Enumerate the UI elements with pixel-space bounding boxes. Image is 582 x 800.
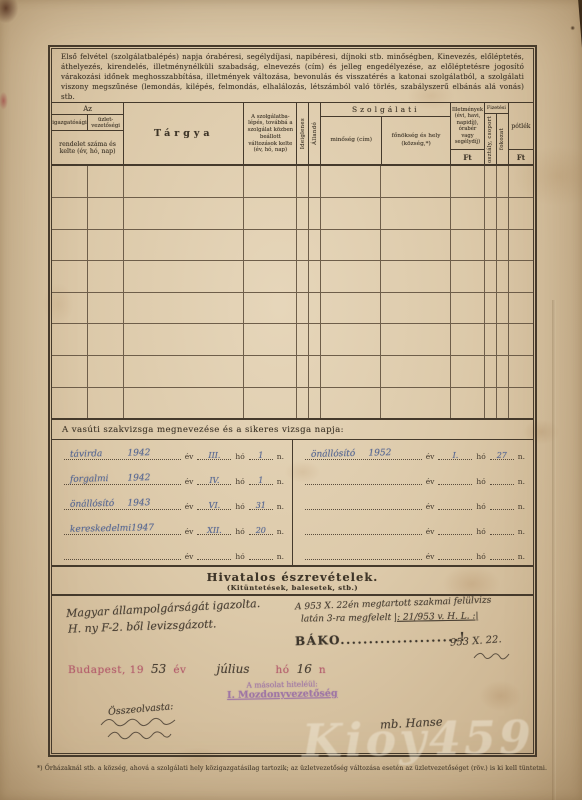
unit-ev: év [426, 502, 435, 511]
register-cell [244, 388, 297, 419]
unit-ho: hó [235, 452, 244, 461]
exam-month-line [438, 473, 472, 485]
register-cell [88, 324, 124, 355]
column-header-allando: Állandó [309, 103, 321, 164]
exam-name-line: önállósító1952 [305, 448, 422, 460]
register-cell [309, 230, 321, 261]
exam-month-handwriting: I. [438, 451, 472, 460]
date-stamp-ho: hó [276, 664, 290, 676]
exam-day-line: 27 [490, 448, 514, 460]
certification-stamp: A másolat hiteléül: I. Mozdonyvezetőség [227, 679, 338, 701]
column-header-fizetesi: Fizetési [485, 103, 508, 114]
review-2-reference: |: 21/953 v. H. L. :| [394, 612, 479, 623]
register-cell [497, 388, 509, 419]
exam-name-line: forgalmi1942 [64, 473, 181, 485]
exam-day-line: 20 [249, 523, 273, 535]
register-cell [244, 261, 297, 292]
exam-name-line [305, 523, 422, 535]
unit-n: n. [277, 552, 284, 561]
remarks-header: Hivatalos észrevételek. (Kitüntetések, b… [52, 565, 533, 596]
register-cell [52, 388, 88, 419]
register-cell [451, 261, 485, 292]
column-header-ideiglenes: Ideiglenes [297, 103, 309, 164]
register-cell [321, 324, 381, 355]
register-cell [509, 388, 533, 419]
register-cell [88, 230, 124, 261]
register-cell [244, 166, 297, 197]
exam-entry-row: évhón. [293, 515, 533, 540]
register-cell [451, 388, 485, 419]
exam-month-line [438, 548, 472, 560]
exam-month-line: VI. [197, 498, 231, 510]
exam-name-line [305, 498, 422, 510]
illetmenyek-ft-label: Ft [451, 149, 484, 164]
exam-month-line: XII. [197, 523, 231, 535]
register-cell [509, 356, 533, 387]
register-empty-row [52, 166, 533, 198]
unit-n: n. [277, 502, 284, 511]
register-cell [321, 356, 381, 387]
register-cell [321, 388, 381, 419]
register-empty-row [52, 356, 533, 388]
register-cell [497, 293, 509, 324]
exam-day-line [490, 473, 514, 485]
exam-section-title: A vasúti szakvizsga megnevezése és a sik… [52, 418, 533, 440]
column-header-minoseg: minőség (cím) [321, 117, 381, 164]
exam-entry-row: évhón. [293, 465, 533, 490]
register-cell [381, 198, 451, 229]
remarks-area: Magyar állampolgárságát igazolta. H. ny … [52, 596, 533, 753]
register-cell [497, 230, 509, 261]
register-cell [124, 166, 244, 197]
column-header-rendelet: rendelet száma és kelte (év, hó, nap) [52, 131, 123, 164]
exam-day-line [490, 498, 514, 510]
exam-name-line: távirda1942 [64, 448, 181, 460]
register-table-header: Az igazgatósági üzlet-vezetőségi rendele… [52, 103, 533, 166]
exam-month-line [438, 523, 472, 535]
register-cell [497, 261, 509, 292]
register-cell [124, 324, 244, 355]
exam-entry-row: forgalmi1942évIV.hó1n. [52, 465, 292, 490]
handwritten-date-note: 953 X. 22. [450, 635, 502, 650]
register-cell [381, 166, 451, 197]
register-cell [309, 356, 321, 387]
unit-ev: év [185, 527, 194, 536]
exam-name-line: önállósító1943 [64, 498, 181, 510]
date-month-handwritten: július [216, 662, 249, 676]
register-cell [88, 198, 124, 229]
unit-ho: hó [476, 452, 485, 461]
register-cell [309, 388, 321, 419]
exam-entry-row: évhón. [52, 540, 292, 565]
exam-day-handwriting: 1 [249, 451, 273, 460]
exam-day-line [249, 548, 273, 560]
register-cell [321, 293, 381, 324]
register-cell [52, 166, 88, 197]
register-cell [381, 261, 451, 292]
unit-ho: hó [235, 477, 244, 486]
register-cell [297, 324, 309, 355]
register-cell [321, 198, 381, 229]
column-header-igazgatosagi: igazgatósági [52, 115, 87, 130]
column-header-illetmenyek: Illetmények (évi, havi, napidíj), órabér… [451, 103, 485, 164]
exam-name-handwriting: önállósító1943 [70, 498, 151, 510]
column-group-fizetesi: Fizetési osztály, csoport fokozat [485, 103, 509, 164]
register-cell [485, 166, 497, 197]
handwritten-note-review-1: A 953 X. 22én megtartott szakmai felülvi… [295, 596, 492, 612]
register-cell [451, 166, 485, 197]
register-cell [297, 293, 309, 324]
register-cell [309, 293, 321, 324]
register-cell [509, 230, 533, 261]
register-cell [124, 388, 244, 419]
certification-stamp-line2: I. Mozdonyvezetőség [227, 688, 338, 701]
register-cell [509, 166, 533, 197]
osztaly-label: osztály, csoport [487, 116, 494, 163]
exam-name-handwriting: forgalmi1942 [70, 473, 151, 485]
exam-month-handwriting: IV. [197, 476, 231, 485]
date-stamp-prefix: Budapest, 19 [68, 664, 144, 676]
register-cell [88, 261, 124, 292]
fokozat-label: fokozat [499, 128, 506, 150]
register-cell [88, 356, 124, 387]
register-cell [124, 293, 244, 324]
unit-ho: hó [476, 527, 485, 536]
register-cell [244, 198, 297, 229]
unit-ev: év [185, 552, 194, 561]
exam-month-line: I. [438, 448, 472, 460]
bako-stamp: BÁKO.....................! [295, 630, 467, 648]
exam-month-line: III. [197, 448, 231, 460]
register-cell [297, 230, 309, 261]
potlek-ft-label: Ft [509, 149, 533, 164]
register-cell [485, 293, 497, 324]
column-header-szolgalati: Szolgálati [321, 103, 450, 117]
register-cell [88, 166, 124, 197]
register-cell [52, 198, 88, 229]
unit-ho: hó [476, 502, 485, 511]
register-cell [52, 324, 88, 355]
unit-n: n. [518, 527, 525, 536]
exam-day-line: 31 [249, 498, 273, 510]
exam-entry-row: évhón. [293, 490, 533, 515]
register-cell [451, 293, 485, 324]
unit-n: n. [518, 477, 525, 486]
exam-day-line [490, 523, 514, 535]
exam-day-handwriting: 31 [249, 501, 273, 510]
unit-ev: év [426, 527, 435, 536]
register-cell [451, 230, 485, 261]
exam-column-right: önállósító1952évI.hó27n.évhón.évhón.évhó… [293, 440, 533, 565]
photo-corner-gap [575, 0, 582, 48]
exam-day-handwriting: 1 [249, 476, 273, 485]
register-cell [485, 356, 497, 387]
intro-paragraph: Első felvétel (szolgálatbalépés) napja ó… [52, 49, 533, 103]
date-stamp-n: n [319, 664, 326, 676]
illetmenyek-label: Illetmények (évi, havi, napidíj), órabér… [451, 103, 484, 149]
exam-entry-row: távirda1942évIII.hó1n. [52, 440, 292, 465]
register-cell [124, 230, 244, 261]
register-cell [321, 261, 381, 292]
register-empty-row [52, 324, 533, 356]
exam-month-line [438, 498, 472, 510]
column-header-az: Az [52, 103, 123, 115]
register-cell [297, 166, 309, 197]
document-paper: Első felvétel (szolgálatbalépés) napja ó… [0, 0, 582, 800]
column-group-szolgalati: Szolgálati minőség (cím) főnökség és hel… [321, 103, 451, 164]
signature-mb-hanse: mb. Hanse [380, 715, 443, 732]
unit-n: n. [518, 552, 525, 561]
unit-ho: hó [235, 527, 244, 536]
exam-name-handwriting: távirda1942 [70, 448, 151, 460]
service-record-form: Első felvétel (szolgálatbalépés) napja ó… [48, 45, 537, 757]
footnote: *) Őrházaknál stb. a község, ahová a szo… [36, 765, 548, 772]
unit-ev: év [185, 477, 194, 486]
exam-month-handwriting: XII. [197, 526, 231, 535]
column-header-potlek: pótlék Ft [509, 103, 533, 164]
exam-day-line: 1 [249, 473, 273, 485]
exam-name-line [305, 473, 422, 485]
exam-month-line [197, 548, 231, 560]
register-cell [451, 356, 485, 387]
register-cell [321, 230, 381, 261]
register-cell [497, 356, 509, 387]
remarks-title: Hivatalos észrevételek. [207, 570, 379, 584]
register-cell [321, 166, 381, 197]
register-empty-row [52, 198, 533, 230]
unit-ho: hó [235, 552, 244, 561]
register-cell [88, 293, 124, 324]
register-cell [297, 356, 309, 387]
date-stamp-ev: év [173, 664, 186, 676]
unit-n: n. [277, 452, 284, 461]
register-cell [52, 293, 88, 324]
register-cell [509, 324, 533, 355]
register-cell [451, 324, 485, 355]
exam-month-handwriting: III. [197, 451, 231, 460]
exam-entry-row: önállósító1952évI.hó27n. [293, 440, 533, 465]
register-cell [485, 198, 497, 229]
exam-entry-row: kereskedelmi1947évXII.hó20n. [52, 515, 292, 540]
register-cell [244, 324, 297, 355]
paper-crease [552, 300, 556, 800]
column-header-kelte: A szolgálatba-lépés, továbbá a szolgálat… [244, 103, 297, 164]
allando-label: Állandó [312, 122, 318, 145]
potlek-label: pótlék [509, 103, 533, 149]
exam-name-handwriting: kereskedelmi1947 [70, 523, 151, 535]
register-cell [52, 261, 88, 292]
register-cell [297, 198, 309, 229]
review-2-text: latán 3-ra megfelelt [301, 613, 391, 625]
register-empty-row [52, 261, 533, 293]
unit-ev: év [426, 552, 435, 561]
date-stamp-line: Budapest, 1953évjúliushó16n [68, 658, 326, 677]
exam-table: távirda1942évIII.hó1n.forgalmi1942évIV.h… [52, 440, 533, 565]
column-header-targya: Tárgya [124, 103, 244, 164]
register-cell [88, 388, 124, 419]
column-group-az: Az igazgatósági üzlet-vezetőségi rendele… [52, 103, 124, 164]
exam-entry-row: évhón. [293, 540, 533, 565]
register-cell [497, 198, 509, 229]
register-cell [124, 356, 244, 387]
register-cell [509, 198, 533, 229]
exam-name-line [64, 548, 181, 560]
unit-ho: hó [476, 477, 485, 486]
column-header-osztaly: osztály, csoport [485, 114, 496, 164]
unit-n: n. [518, 452, 525, 461]
register-cell [509, 293, 533, 324]
exam-name-line: kereskedelmi1947 [64, 523, 181, 535]
remarks-subtitle: (Kitüntetések, balesetek, stb.) [227, 584, 358, 592]
register-cell [297, 388, 309, 419]
column-header-fonokseg: főnökség és hely (község,*) [381, 117, 450, 164]
register-cell [309, 261, 321, 292]
exam-day-line [490, 548, 514, 560]
date-year-handwritten: 53 [151, 662, 166, 676]
register-cell [309, 166, 321, 197]
register-cell [485, 230, 497, 261]
register-empty-row [52, 293, 533, 325]
register-empty-row [52, 230, 533, 262]
register-cell [309, 198, 321, 229]
register-cell [451, 198, 485, 229]
register-cell [485, 261, 497, 292]
register-cell [309, 324, 321, 355]
exam-day-handwriting: 27 [490, 451, 514, 460]
unit-n: n. [277, 477, 284, 486]
register-cell [485, 388, 497, 419]
register-empty-row [52, 388, 533, 419]
register-cell [381, 293, 451, 324]
register-cell [497, 166, 509, 197]
register-cell [497, 324, 509, 355]
unit-ev: év [185, 452, 194, 461]
unit-ho: hó [476, 552, 485, 561]
register-cell [381, 230, 451, 261]
unit-n: n. [277, 527, 284, 536]
exam-column-left: távirda1942évIII.hó1n.forgalmi1942évIV.h… [52, 440, 293, 565]
exam-day-handwriting: 20 [249, 526, 273, 535]
exam-day-line: 1 [249, 448, 273, 460]
unit-ho: hó [235, 502, 244, 511]
column-header-uzletvezetosegi: üzlet-vezetőségi [87, 115, 123, 130]
register-cell [297, 261, 309, 292]
unit-n: n. [518, 502, 525, 511]
exam-name-handwriting: önállósító1952 [311, 448, 392, 460]
register-cell [381, 388, 451, 419]
signature-flourish [472, 648, 512, 664]
register-cell [244, 293, 297, 324]
register-cell [381, 356, 451, 387]
handwritten-note-citizenship: Magyar állampolgárságát igazolta. [66, 597, 261, 620]
register-cell [124, 261, 244, 292]
column-header-fokozat: fokozat [496, 114, 508, 164]
register-table-body [52, 166, 533, 418]
unit-ev: év [185, 502, 194, 511]
exam-name-line [305, 548, 422, 560]
register-cell [381, 324, 451, 355]
unit-ev: év [426, 452, 435, 461]
register-cell [244, 230, 297, 261]
form-inner-border: Első felvétel (szolgálatbalépés) napja ó… [51, 48, 534, 754]
handwritten-note-exam: H. ny F-2. ből levizsgázott. [68, 618, 217, 636]
ideiglenes-label: Ideiglenes [300, 118, 306, 149]
exam-entry-row: önállósító1943évVI.hó31n. [52, 490, 292, 515]
signature-squiggle-2 [106, 728, 172, 742]
exam-month-line: IV. [197, 473, 231, 485]
register-cell [52, 230, 88, 261]
register-cell [244, 356, 297, 387]
register-cell [52, 356, 88, 387]
register-cell [124, 198, 244, 229]
register-cell [485, 324, 497, 355]
register-cell [509, 261, 533, 292]
exam-month-handwriting: VI. [197, 501, 231, 510]
unit-ev: év [426, 477, 435, 486]
exam-title-text: A vasúti szakvizsga megnevezése és a sik… [62, 425, 344, 435]
handwritten-note-review-2: latán 3-ra megfelelt |: 21/953 v. H. L. … [301, 612, 479, 625]
date-day-handwritten: 16 [297, 662, 312, 676]
